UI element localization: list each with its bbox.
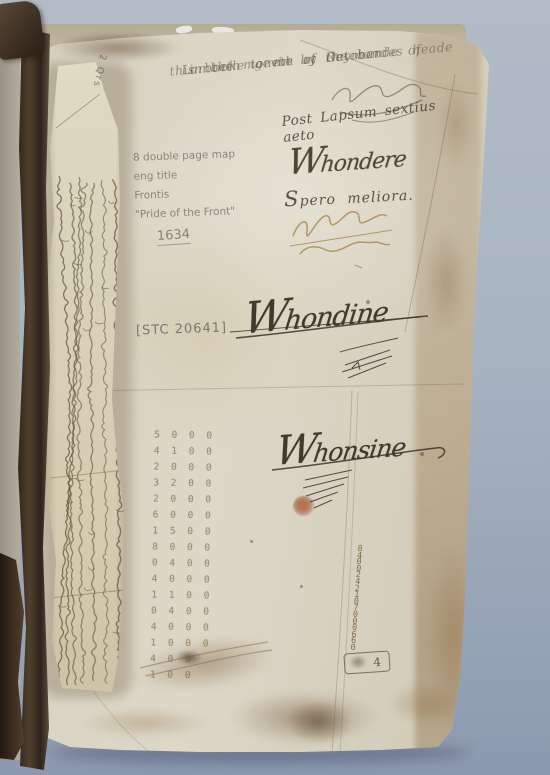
stc-reference: [STC 20641] bbox=[136, 320, 228, 338]
leather-corner bbox=[0, 0, 45, 61]
pencil-collation-note: 8 double page map eng title Frontis "Pri… bbox=[133, 143, 296, 225]
pen-trial-number-block: 5 0 0 0 4 1 0 0 2 0 0 0 3 2 0 0 2 0 0 0 … bbox=[150, 427, 216, 684]
boxed-total: 4 bbox=[343, 650, 390, 674]
owner-signature-upper: Whondere bbox=[286, 134, 408, 184]
binding-bottom-left bbox=[0, 552, 24, 760]
owner-signature-lower: Whonsine bbox=[273, 419, 409, 475]
paper-chip bbox=[176, 25, 193, 34]
pencil-date: 1634 bbox=[156, 227, 190, 246]
photo-of-antique-book: this booke gevin by the hande of Lambeth… bbox=[0, 0, 550, 775]
vellum-flyleaf-page: this booke gevin by the hande of Lambeth… bbox=[0, 0, 550, 775]
scribbled-signature bbox=[290, 212, 392, 268]
